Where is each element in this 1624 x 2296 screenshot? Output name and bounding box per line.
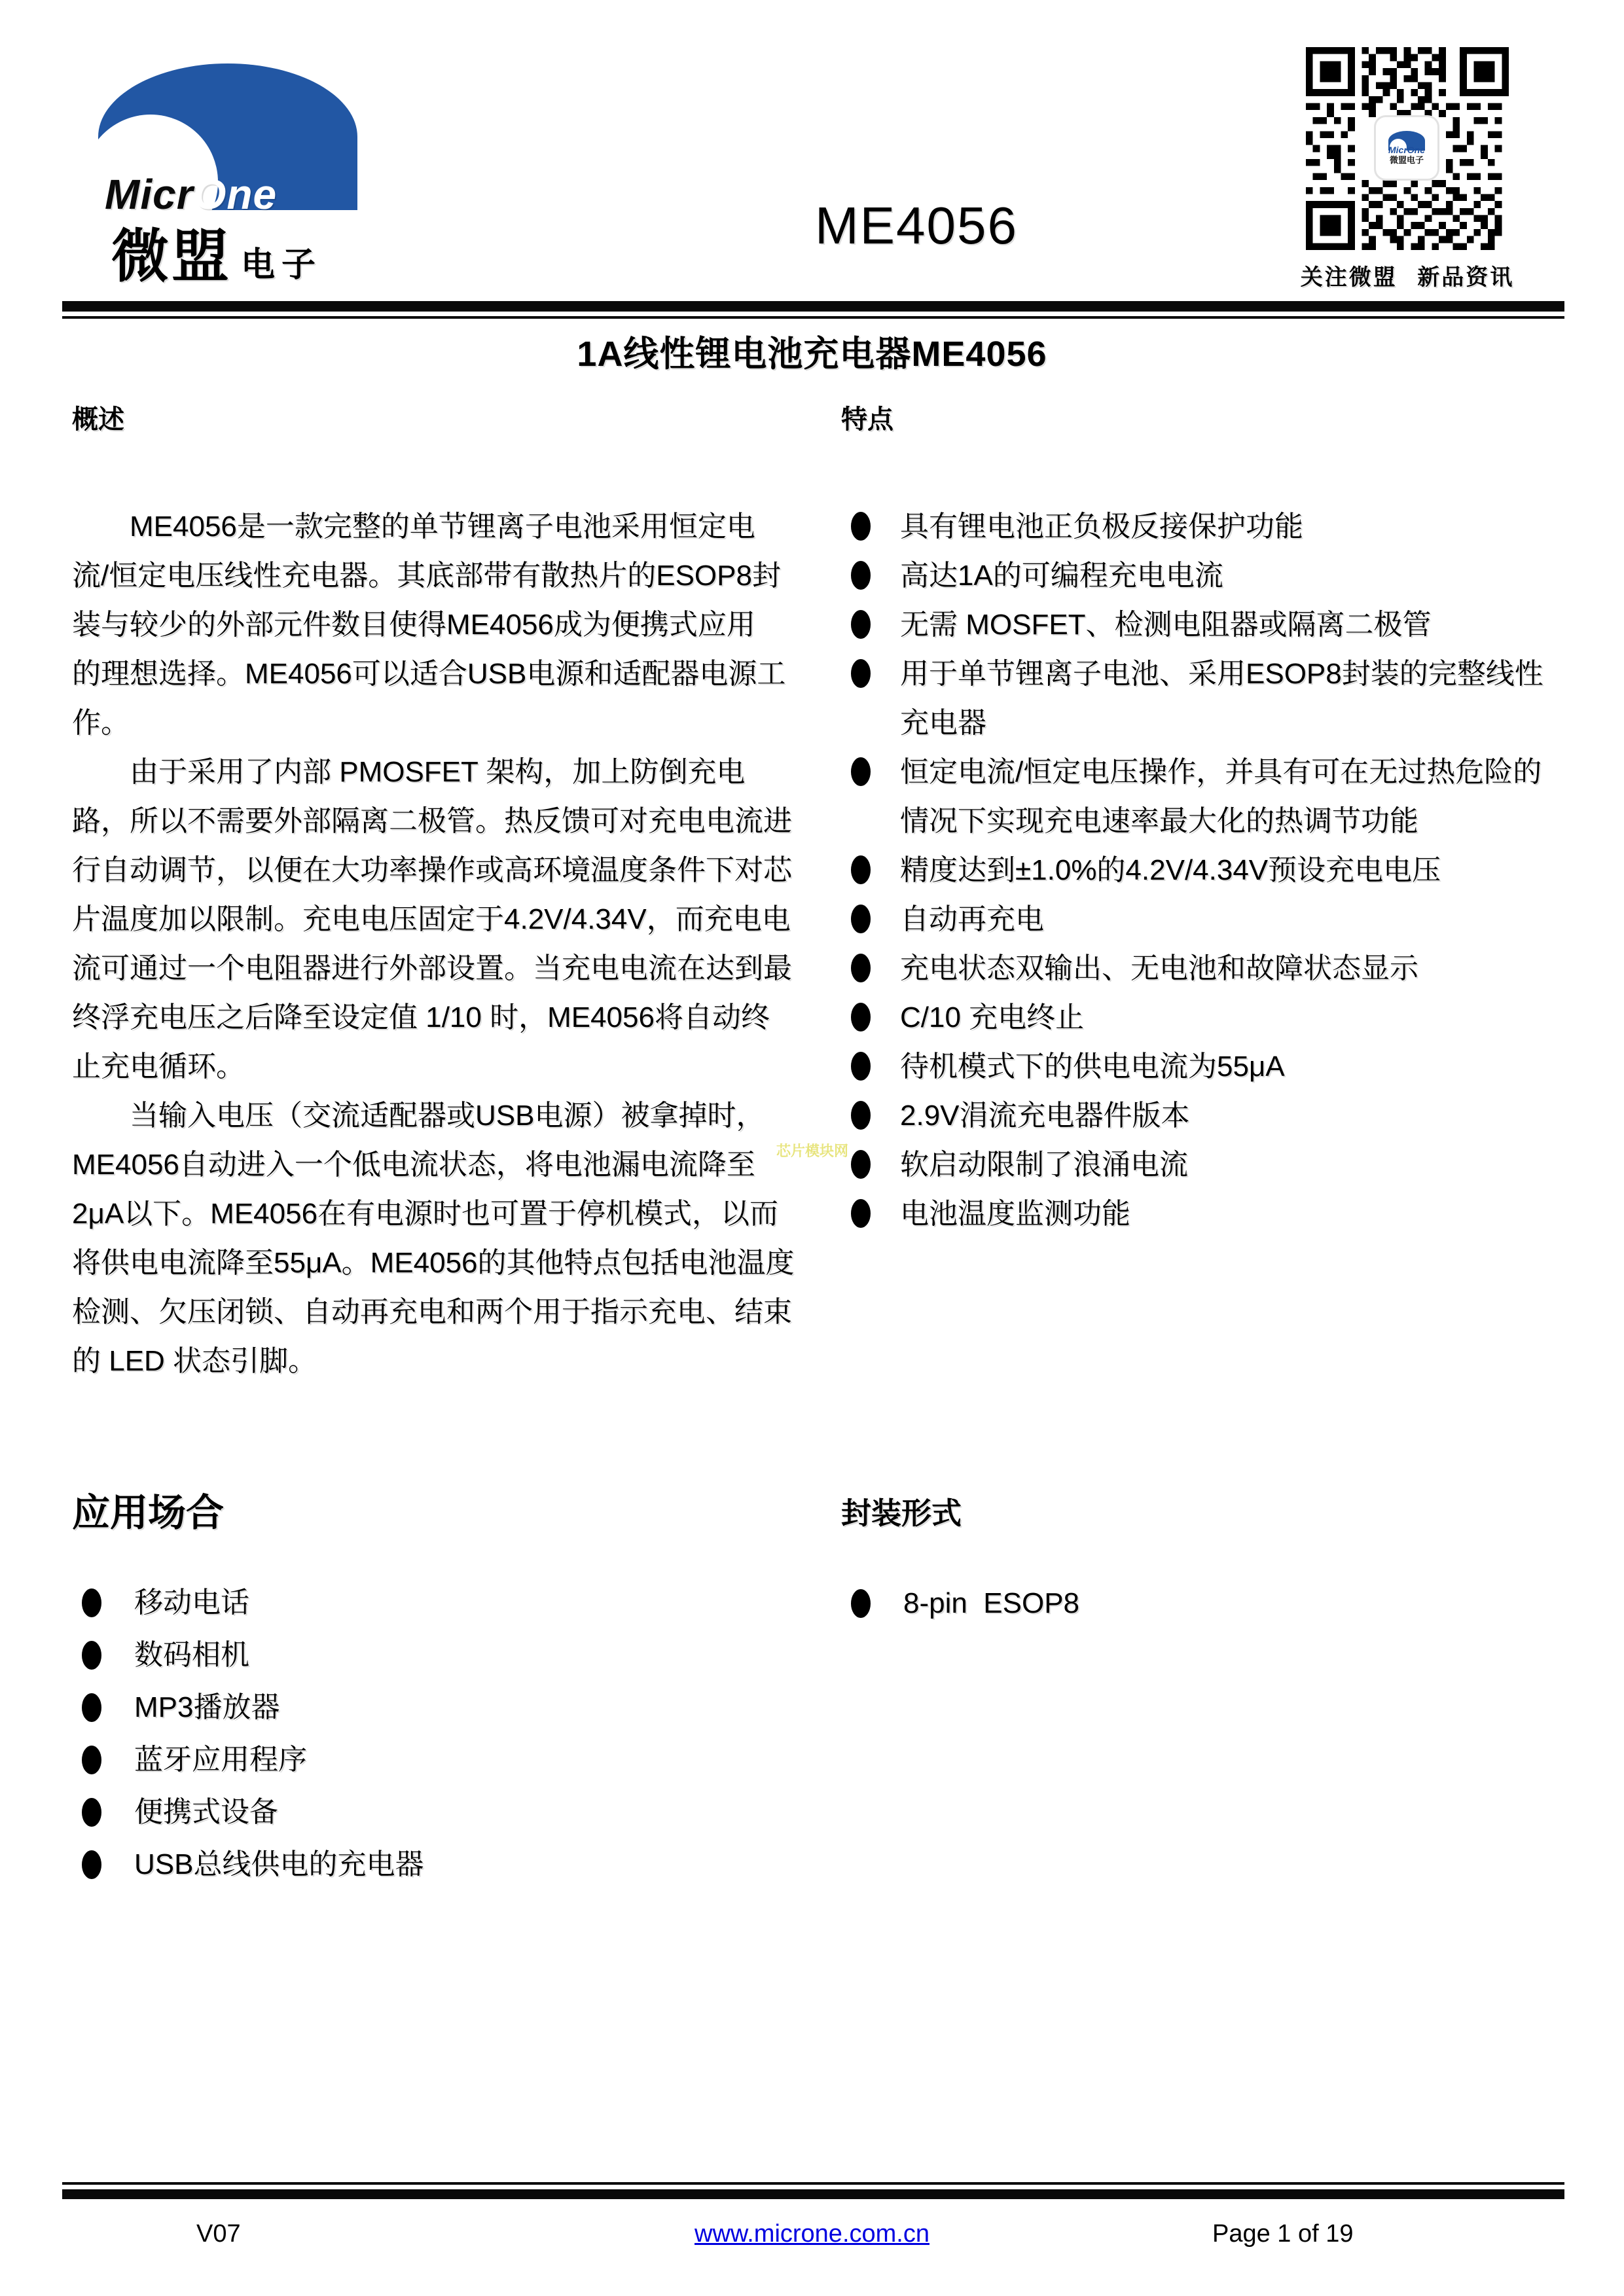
applications-list: 移动电话 数码相机 MP3播放器 蓝牙应用程序: [72, 1577, 805, 1891]
text-line: 恒定电流/恒定电压操作，并具有可在无过热危险的: [900, 747, 1574, 797]
oval-bullet-icon: [851, 512, 871, 541]
feature-item-text: 充电状态双输出、无电池和故障状态显示: [900, 944, 1574, 993]
microne-logo: MicrOne 微盟电子: [72, 39, 380, 288]
oval-bullet-icon: [851, 905, 871, 933]
logo-wordmark: MicrOne: [105, 170, 277, 219]
text-line: 作。: [72, 698, 808, 747]
text-line: 流可通过一个电阻器进行外部设置。当充电电流在达到最: [72, 944, 808, 993]
oval-bullet-icon: [851, 1052, 871, 1081]
text-line: 电池温度监测功能: [900, 1189, 1574, 1238]
text-line: 2.9V涓流充电器件版本: [900, 1091, 1574, 1140]
feature-item-text: 高达1A的可编程充电电流: [900, 551, 1574, 600]
oval-bullet-icon: [851, 610, 871, 639]
oval-bullet-icon: [851, 757, 871, 786]
text-line: 2μA以下。ME4056在有电源时也可置于停机模式，以而: [72, 1189, 808, 1238]
feature-item: 待机模式下的供电电流为55μA: [841, 1042, 1574, 1091]
footer-rule-thick: [62, 2189, 1564, 2199]
applications-section: 应用场合 移动电话 数码相机 MP3播放器: [72, 1492, 805, 1891]
application-item-text: 数码相机: [134, 1629, 249, 1681]
feature-item-text: C/10 充电终止: [900, 993, 1574, 1042]
oval-bullet-icon: [82, 1693, 101, 1722]
application-item: 移动电话: [72, 1577, 805, 1629]
text-line: C/10 充电终止: [900, 993, 1574, 1042]
header-rule-thick: [62, 301, 1564, 312]
feature-item: 充电状态双输出、无电池和故障状态显示: [841, 944, 1574, 993]
package-item: 8-pin ESOP8: [841, 1577, 1561, 1630]
overview-paragraph: 由于采用了内部 PMOSFET 架构，加上防倒充电路，所以不需要外部隔离二极管。…: [72, 747, 808, 1091]
page-title: 1A线性锂电池充电器ME4056: [0, 326, 1624, 376]
footer-link-wrap: www.microne.com.cn: [0, 2220, 1624, 2248]
doc-number: ME4056: [815, 196, 1018, 255]
package-item-text: 8-pin ESOP8: [903, 1577, 1079, 1630]
feature-item: 恒定电流/恒定电压操作，并具有可在无过热危险的情况下实现充电速率最大化的热调节功…: [841, 747, 1574, 846]
oval-bullet-icon: [851, 1003, 871, 1031]
overview-paragraphs: ME4056是一款完整的单节锂离子电池采用恒定电流/恒定电压线性充电器。其底部带…: [72, 502, 808, 1386]
qr-caption: 关注微盟 新品资讯: [1297, 259, 1517, 291]
text-line: 路，所以不需要外部隔离二极管。热反馈可对充电电流进: [72, 797, 808, 846]
package-section: 封装形式 8-pin ESOP8: [841, 1495, 1561, 1630]
package-list: 8-pin ESOP8: [841, 1577, 1561, 1630]
oval-bullet-icon: [82, 1588, 101, 1617]
oval-bullet-icon: [82, 1746, 101, 1774]
application-item: USB总线供电的充电器: [72, 1839, 805, 1891]
oval-bullet-icon: [851, 561, 871, 590]
text-line: 止充电循环。: [72, 1042, 808, 1091]
feature-item-text: 自动再充电: [900, 895, 1574, 944]
text-line: 终浮充电压之后降至设定值 1/10 时，ME4056将自动终: [72, 993, 808, 1042]
overview-paragraph: 当输入电压（交流适配器或USB电源）被拿掉时，ME4056自动进入一个低电流状态…: [72, 1091, 808, 1386]
text-line: 充电器: [900, 698, 1574, 747]
footer-website-link[interactable]: www.microne.com.cn: [695, 2220, 929, 2248]
oval-bullet-icon: [82, 1850, 101, 1879]
feature-item-text: 具有锂电池正负极反接保护功能: [900, 502, 1574, 551]
feature-item-text: 电池温度监测功能: [900, 1189, 1574, 1238]
header-rule-thin: [62, 316, 1564, 319]
oval-bullet-icon: [82, 1798, 101, 1827]
text-line: 行自动调节，以便在大功率操作或高环境温度条件下对芯: [72, 846, 808, 895]
footer-page-number: Page 1 of 19: [1212, 2220, 1354, 2248]
text-line: 无需 MOSFET、检测电阻器或隔离二极管: [900, 600, 1574, 649]
overview-section: 概述 ME4056是一款完整的单节锂离子电池采用恒定电流/恒定电压线性充电器。其…: [72, 403, 808, 1386]
oval-bullet-icon: [851, 1589, 871, 1618]
qr-block: MicrOne 微盟电子 关注微盟 新品资讯: [1297, 47, 1517, 291]
text-line: ME4056自动进入一个低电流状态，将电池漏电流降至: [72, 1140, 808, 1189]
application-item: 便携式设备: [72, 1786, 805, 1839]
qr-center-logo: MicrOne 微盟电子: [1374, 115, 1439, 181]
feature-item: 软启动限制了浪涌电流: [841, 1140, 1574, 1189]
text-line: 充电状态双输出、无电池和故障状态显示: [900, 944, 1574, 993]
text-line: 软启动限制了浪涌电流: [900, 1140, 1574, 1189]
text-line: 高达1A的可编程充电电流: [900, 551, 1574, 600]
oval-bullet-icon: [851, 954, 871, 982]
oval-bullet-icon: [82, 1641, 101, 1670]
logo-cn-large: 微盟: [111, 224, 232, 289]
applications-heading: 应用场合: [72, 1492, 805, 1534]
logo-cn-small: 电子: [241, 246, 322, 284]
overview-paragraph: ME4056是一款完整的单节锂离子电池采用恒定电流/恒定电压线性充电器。其底部带…: [72, 502, 808, 747]
feature-item: 精度达到±1.0%的4.2V/4.34V预设充电电压: [841, 846, 1574, 895]
qr-code: MicrOne 微盟电子: [1303, 47, 1511, 250]
feature-item-text: 恒定电流/恒定电压操作，并具有可在无过热危险的情况下实现充电速率最大化的热调节功…: [900, 747, 1574, 846]
application-item-text: 蓝牙应用程序: [134, 1734, 307, 1786]
text-line: 的 LED 状态引脚。: [72, 1336, 808, 1386]
feature-item-text: 待机模式下的供电电流为55μA: [900, 1042, 1574, 1091]
feature-item-text: 精度达到±1.0%的4.2V/4.34V预设充电电压: [900, 846, 1574, 895]
application-item: MP3播放器: [72, 1681, 805, 1734]
application-item-text: MP3播放器: [134, 1681, 280, 1734]
feature-item: 高达1A的可编程充电电流: [841, 551, 1574, 600]
application-item: 蓝牙应用程序: [72, 1734, 805, 1786]
application-item-text: USB总线供电的充电器: [134, 1839, 424, 1891]
qr-mini-latin: MicrOne: [1388, 145, 1425, 155]
feature-item: 用于单节锂离子电池、采用ESOP8封装的完整线性充电器: [841, 649, 1574, 747]
text-line: 片温度加以限制。充电电压固定于4.2V/4.34V，而充电电: [72, 895, 808, 944]
text-line: 待机模式下的供电电流为55μA: [900, 1042, 1574, 1091]
oval-bullet-icon: [851, 1101, 871, 1130]
text-line: 用于单节锂离子电池、采用ESOP8封装的完整线性: [900, 649, 1574, 698]
text-line: 自动再充电: [900, 895, 1574, 944]
features-heading: 特点: [841, 403, 1574, 437]
feature-item: 自动再充电: [841, 895, 1574, 944]
text-line: 装与较少的外部元件数目使得ME4056成为便携式应用: [72, 600, 808, 649]
text-line: 当输入电压（交流适配器或USB电源）被拿掉时，: [72, 1091, 808, 1140]
feature-item: C/10 充电终止: [841, 993, 1574, 1042]
footer-rule-thin: [62, 2182, 1564, 2185]
site-watermark: 芯片模块网: [776, 1140, 848, 1160]
package-heading: 封装形式: [841, 1495, 1561, 1532]
oval-bullet-icon: [851, 855, 871, 884]
text-line: 由于采用了内部 PMOSFET 架构，加上防倒充电: [72, 747, 808, 797]
qr-mini-cn: 微盟电子: [1390, 155, 1424, 165]
text-line: 检测、欠压闭锁、自动再充电和两个用于指示充电、结束: [72, 1287, 808, 1336]
features-section: 特点 具有锂电池正负极反接保护功能 高达1A的可编程充电电流 无需 MOSFET…: [841, 403, 1574, 1238]
feature-item: 无需 MOSFET、检测电阻器或隔离二极管: [841, 600, 1574, 649]
feature-item: 2.9V涓流充电器件版本: [841, 1091, 1574, 1140]
logo-wordmark-micr: Micr: [105, 171, 194, 218]
oval-bullet-icon: [851, 1150, 871, 1179]
oval-bullet-icon: [851, 659, 871, 688]
text-line: 精度达到±1.0%的4.2V/4.34V预设充电电压: [900, 846, 1574, 895]
feature-item-text: 软启动限制了浪涌电流: [900, 1140, 1574, 1189]
text-line: ME4056是一款完整的单节锂离子电池采用恒定电: [72, 502, 808, 551]
feature-item-text: 用于单节锂离子电池、采用ESOP8封装的完整线性充电器: [900, 649, 1574, 747]
text-line: 将供电电流降至55μA。ME4056的其他特点包括电池温度: [72, 1238, 808, 1287]
overview-heading: 概述: [72, 403, 808, 437]
text-line: 的理想选择。ME4056可以适合USB电源和适配器电源工: [72, 649, 808, 698]
application-item-text: 便携式设备: [134, 1786, 278, 1839]
oval-bullet-icon: [851, 1199, 871, 1228]
feature-item: 电池温度监测功能: [841, 1189, 1574, 1238]
application-item-text: 移动电话: [134, 1577, 249, 1629]
features-list: 具有锂电池正负极反接保护功能 高达1A的可编程充电电流 无需 MOSFET、检测…: [841, 502, 1574, 1238]
application-item: 数码相机: [72, 1629, 805, 1681]
text-line: 情况下实现充电速率最大化的热调节功能: [900, 797, 1574, 846]
page-footer: V07 www.microne.com.cn Page 1 of 19: [0, 2220, 1624, 2259]
datasheet-page: MicrOne 微盟电子 ME4056: [0, 0, 1624, 2296]
logo-chinese-name: 微盟电子: [111, 211, 322, 293]
feature-item: 具有锂电池正负极反接保护功能: [841, 502, 1574, 551]
feature-item-text: 2.9V涓流充电器件版本: [900, 1091, 1574, 1140]
feature-item-text: 无需 MOSFET、检测电阻器或隔离二极管: [900, 600, 1574, 649]
text-line: 具有锂电池正负极反接保护功能: [900, 502, 1574, 551]
logo-wordmark-one: One: [194, 171, 277, 218]
text-line: 流/恒定电压线性充电器。其底部带有散热片的ESOP8封: [72, 551, 808, 600]
